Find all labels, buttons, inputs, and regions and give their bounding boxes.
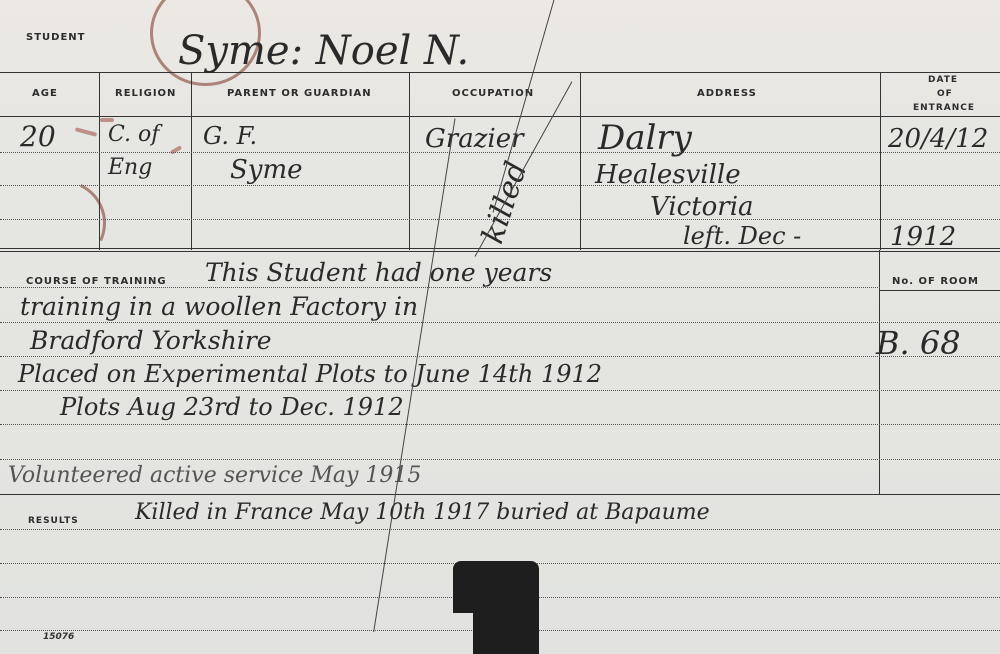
ruled-line <box>0 287 880 288</box>
label-occupation: OCCUPATION <box>452 88 534 99</box>
ruled-line <box>0 322 1000 323</box>
card-punch-hole-stem <box>473 600 539 654</box>
ruled-line <box>0 424 1000 425</box>
section-divider <box>0 248 1000 252</box>
ruled-line <box>0 390 1000 391</box>
col-divider-parent <box>409 72 410 250</box>
room-underline <box>880 290 1000 291</box>
address-line3: Victoria <box>650 192 754 222</box>
col-divider-religion <box>191 72 192 250</box>
header-top-rule <box>0 72 1000 73</box>
course-line3: Bradford Yorkshire <box>30 326 272 355</box>
course-line2: training in a woollen Factory in <box>20 292 418 321</box>
label-entrance: ENTRANCE <box>913 103 975 113</box>
address-line4: left. Dec - <box>683 222 801 250</box>
label-course-of-training: COURSE OF TRAINING <box>26 276 167 287</box>
label-parent-or-guardian: PARENT OR GUARDIAN <box>227 88 372 99</box>
occupation-value: Grazier <box>425 124 524 154</box>
stain-mark <box>170 145 182 154</box>
religion-line1: C. of <box>108 122 159 147</box>
student-record-card: STUDENT AGE RELIGION PARENT OR GUARDIAN … <box>0 0 1000 654</box>
date-left-year: 1912 <box>890 222 956 252</box>
label-address: ADDRESS <box>697 88 757 99</box>
ruled-line <box>0 459 1000 460</box>
religion-line2: Eng <box>108 155 152 180</box>
label-student: STUDENT <box>26 32 85 43</box>
col-divider-occupation <box>580 72 581 250</box>
label-religion: RELIGION <box>115 88 176 99</box>
course-line5: Plots Aug 23rd to Dec. 1912 <box>60 393 404 421</box>
student-name: Syme: Noel N. <box>178 28 469 74</box>
label-no-of-room: No. OF ROOM <box>892 276 979 287</box>
col-divider-address <box>880 72 881 250</box>
label-of: OF <box>937 89 953 99</box>
label-results: RESULTS <box>28 516 79 526</box>
parent-line2: Syme <box>230 155 303 185</box>
results-text: Killed in France May 10th 1917 buried at… <box>135 500 710 525</box>
date-of-entrance: 20/4/12 <box>888 124 988 154</box>
course-line6: Volunteered active service May 1915 <box>8 463 421 488</box>
parent-line1: G. F. <box>203 122 257 150</box>
ruled-line <box>0 529 1000 530</box>
course-line4: Placed on Experimental Plots to June 14t… <box>18 360 602 388</box>
col-divider-age <box>99 72 100 250</box>
room-number: B. 68 <box>876 324 961 362</box>
header-bottom-rule <box>0 116 1000 117</box>
age-value: 20 <box>20 120 56 153</box>
address-line1: Dalry <box>598 118 692 158</box>
results-divider <box>0 494 1000 495</box>
label-age: AGE <box>32 88 58 99</box>
stain-mark <box>75 127 97 137</box>
ruled-line <box>0 356 1000 357</box>
label-date: DATE <box>928 75 958 85</box>
card-number: 15076 <box>43 632 74 642</box>
address-line2: Healesville <box>595 160 741 190</box>
course-line1: This Student had one years <box>205 258 552 287</box>
